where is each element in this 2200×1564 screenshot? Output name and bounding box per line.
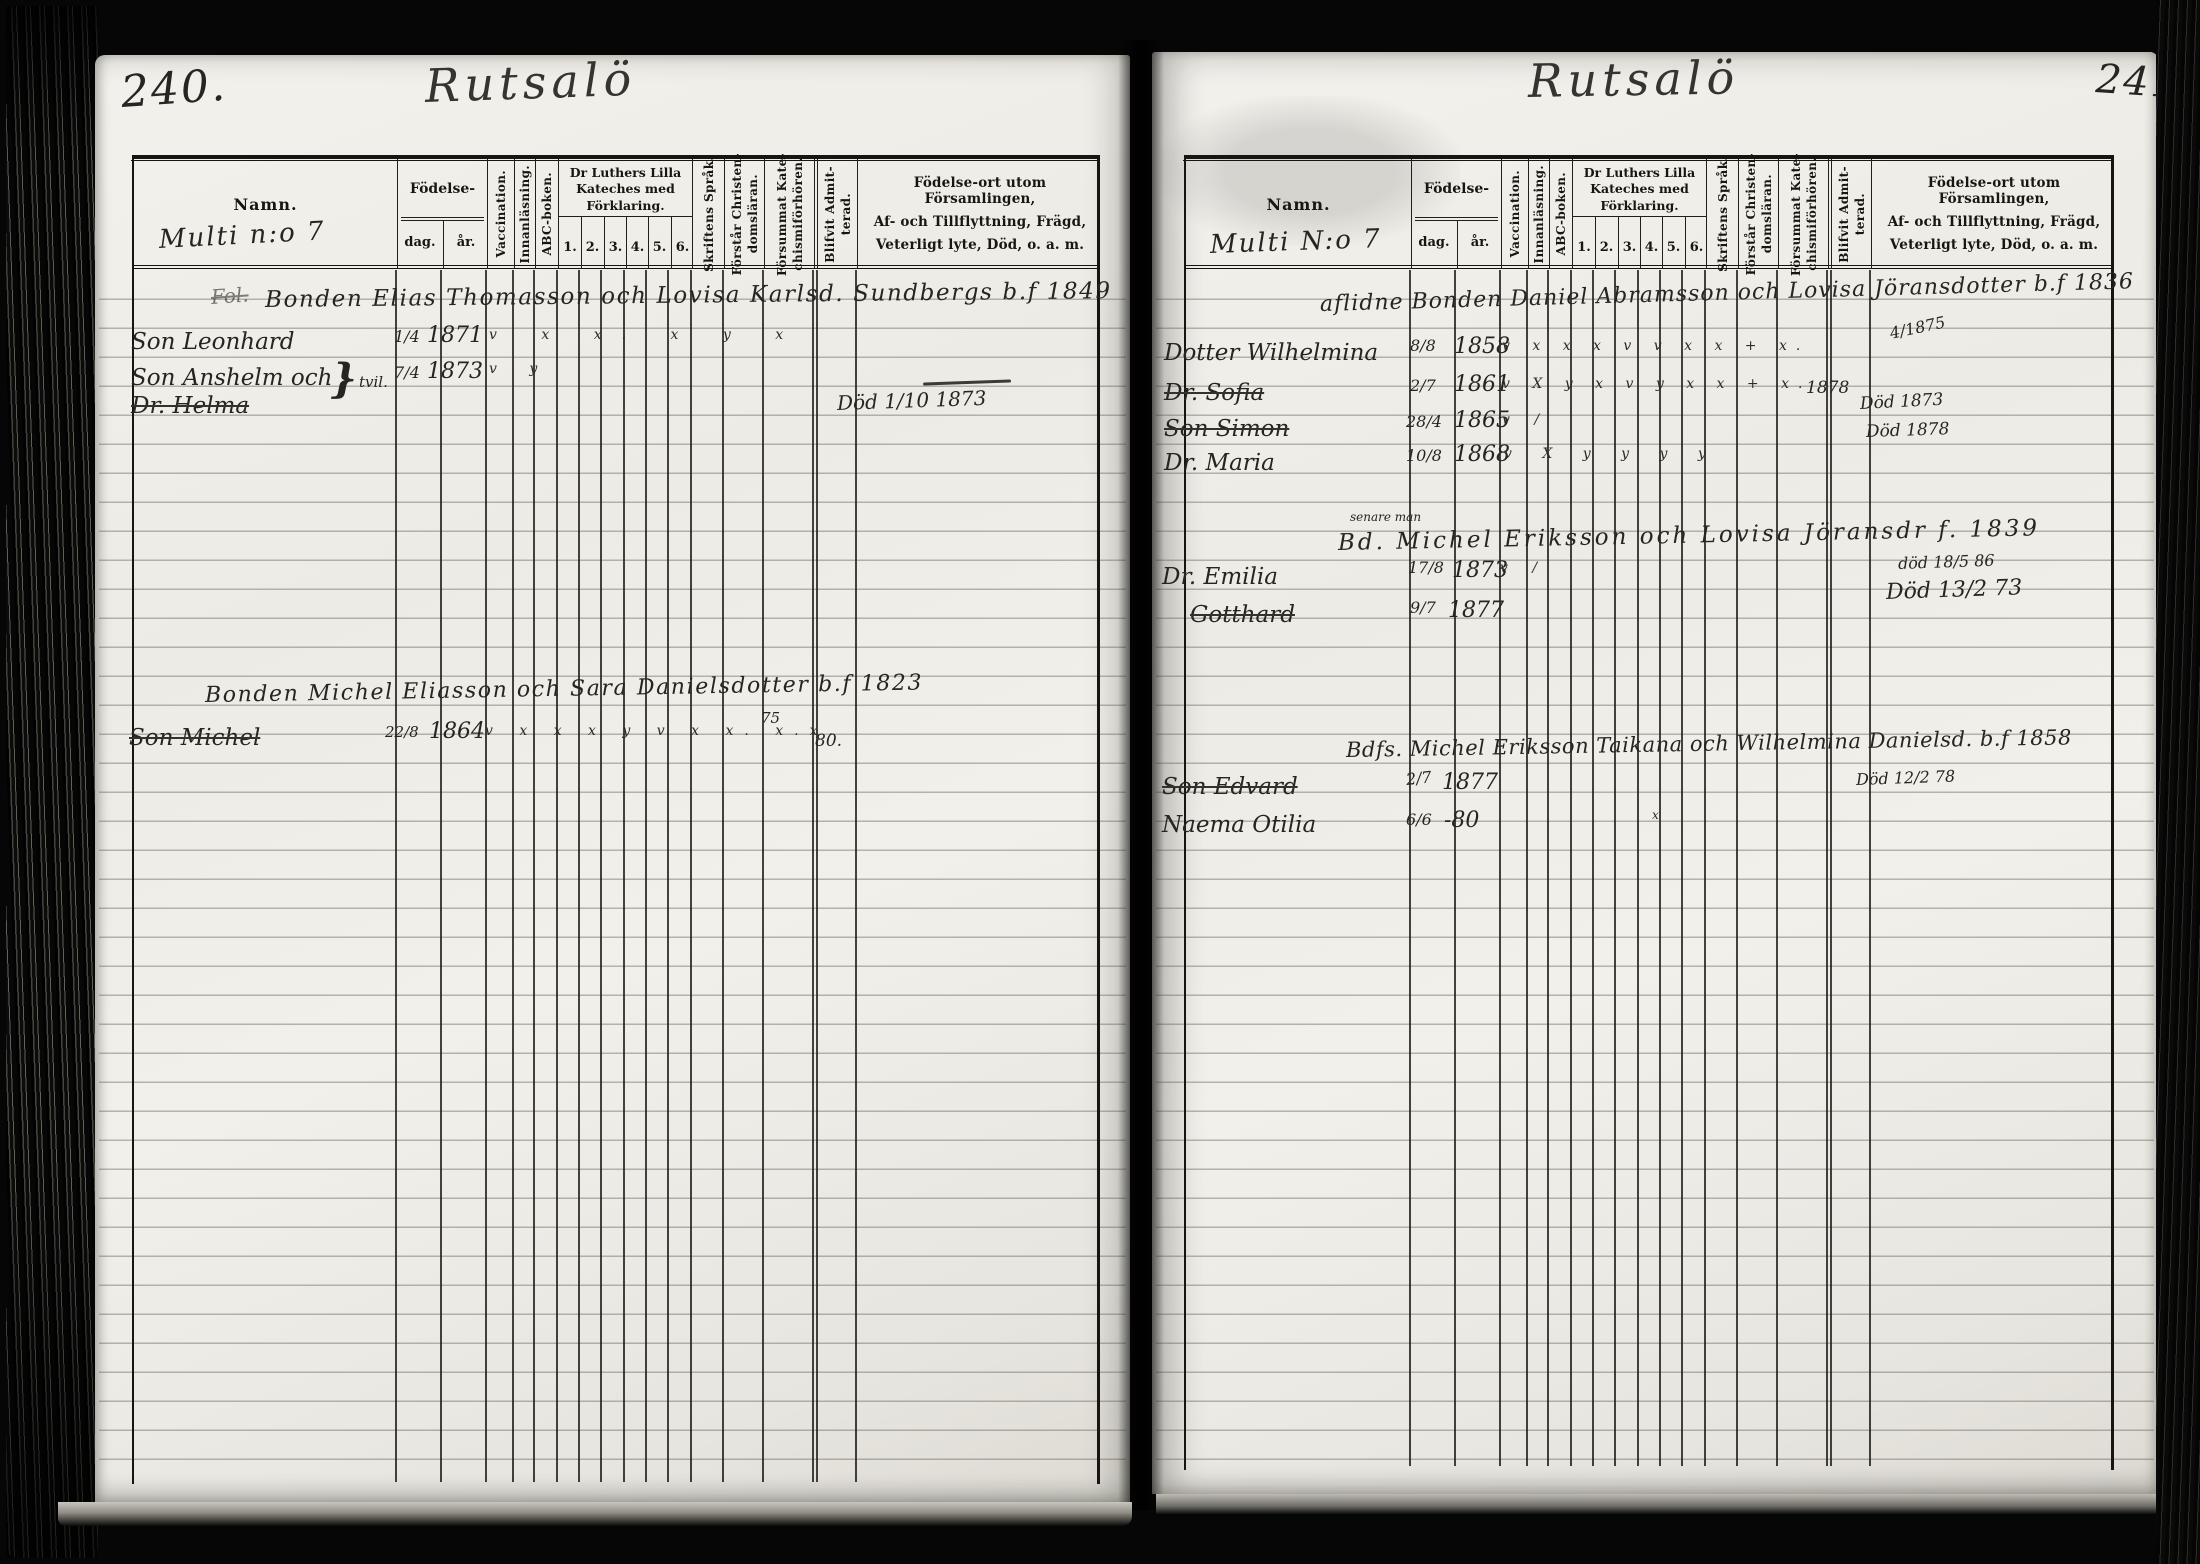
entry-marks: v x x x v v x x + x.	[1502, 338, 1809, 354]
entry-name: Dr. Emilia	[1162, 564, 1278, 590]
katekes-line3: Förklaring.	[1573, 198, 1706, 214]
left-page-title: Rutsalö	[424, 52, 637, 113]
right-page-title: Rutsalö	[1528, 50, 1740, 108]
entry-day: 7/4	[394, 363, 420, 382]
fodelse-header: Födelse-	[1412, 181, 1501, 197]
forstar-header-line2: domsläran.	[746, 174, 760, 253]
dag-header: dag.	[398, 235, 442, 250]
fodelseort-line1: Födelse-ort utom Församlingen,	[864, 175, 1096, 207]
entry-year: 1873	[427, 359, 483, 384]
col-innanlasning: Innanläsning.	[1528, 159, 1549, 269]
col-forsummat: Försummat Kate- chismiförhören.	[764, 159, 814, 269]
family-small-note: senare man	[1350, 510, 1421, 524]
entry-day: 17/8	[1408, 558, 1444, 577]
col-blifvit: Blifvit Admit- terad.	[814, 159, 857, 269]
fodelseort-line2: Af- och Tillflyttning, Frägd,	[864, 214, 1096, 230]
col-blifvit: Blifvit Admit- terad.	[1828, 159, 1871, 269]
col-katekes: Dr Luthers Lilla Kateches med Förklaring…	[1572, 159, 1706, 269]
death-note: död 18/5 86	[1898, 551, 1995, 573]
katekes-col-6: 6.	[1685, 216, 1707, 269]
entry-day: 22/8	[385, 723, 419, 741]
katekes-col-3: 3.	[1618, 216, 1640, 269]
book-gutter	[1118, 40, 1164, 1510]
forstar-header-line2: domsläran.	[1760, 174, 1774, 253]
katekes-line2: Kateches med	[559, 181, 692, 197]
col-skriftens-sprak: Skriftens Språk.	[692, 159, 724, 269]
col-innanlasning: Innanläsning.	[514, 159, 535, 269]
book-page-stack-shade	[6, 6, 98, 1558]
table-header: Namn. Födelse- dag. år. Vaccination. Inn…	[134, 159, 1097, 269]
ar-header: år.	[1458, 235, 1502, 250]
entry-name: Dotter Wilhelmina	[1164, 340, 1378, 366]
vaccination-header: Vaccination.	[1508, 170, 1522, 257]
dag-header: dag.	[1412, 235, 1456, 250]
entry-year: 1871	[427, 323, 483, 348]
forsummat-header-line1: Försummat Kate-	[1789, 153, 1803, 276]
ar-header: år.	[444, 235, 488, 250]
fodelseort-line1: Födelse-ort utom Församlingen,	[1878, 175, 2110, 207]
entry-marks: v /	[1500, 560, 1547, 576]
death-note: Död 1878	[1866, 419, 1950, 442]
fodelseort-line3: Veterligt lyte, Död, o. a. m.	[864, 237, 1096, 253]
right-page: Rutsalö 241 Namn. Födelse-	[1152, 52, 2158, 1494]
entry-day: 2/7	[1410, 376, 1436, 395]
entry-day: 28/4	[1406, 412, 1442, 431]
col-skriftens-sprak: Skriftens Språk.	[1706, 159, 1738, 269]
forstar-header-line1: Förstår Christen-	[1744, 153, 1758, 275]
col-fodelse: Födelse- dag. år.	[397, 159, 487, 269]
col-vaccination: Vaccination.	[487, 159, 514, 269]
forstar-header-line1: Förstår Christen-	[730, 153, 744, 275]
entry-name: Naema Otilia	[1162, 812, 1316, 838]
blifvit-header-line2: terad.	[839, 193, 853, 235]
entry-day: 2/7	[1405, 767, 1433, 789]
katekes-col-1: 1.	[559, 216, 581, 269]
death-note: Död 12/2 78	[1856, 767, 1956, 789]
katekes-col-4: 4.	[1640, 216, 1662, 269]
entry-marks: v y	[489, 361, 551, 377]
col-forstar: Förstår Christen- domsläran.	[1738, 159, 1778, 269]
katekes-col-1: 1.	[1573, 216, 1595, 269]
col-fodelse: Födelse- dag. år.	[1411, 159, 1501, 269]
blifvit-header-line1: Blifvit Admit-	[823, 166, 837, 263]
page-stack-bottom-right	[1156, 1494, 2156, 1514]
katekes-col-6: 6.	[671, 216, 693, 269]
entry-marks: v X y y y y	[1504, 446, 1719, 462]
katekes-col-3: 3.	[604, 216, 626, 269]
left-page-number: 240.	[119, 60, 228, 118]
entry-name: Son Simon	[1164, 416, 1289, 442]
katekes-col-2: 2.	[1595, 216, 1617, 269]
abc-boken-header: ABC-boken.	[1554, 172, 1568, 255]
page-stack-bottom-left	[58, 1502, 1132, 1526]
family-prefix-scribble: Fol.	[210, 282, 249, 309]
admitted-year: 1878	[1806, 378, 1849, 398]
katekes-header: Dr Luthers Lilla Kateches med Förklaring…	[1573, 165, 1706, 214]
group-note: tvil.	[359, 373, 388, 391]
entry-name: Dr. Helma	[131, 393, 249, 419]
skriftens-sprak-header: Skriftens Språk.	[1716, 156, 1730, 272]
col-fodelseort: Födelse-ort utom Församlingen, Af- och T…	[1871, 159, 2116, 269]
entry-marks: v x x x y v x x. x.x.	[485, 723, 844, 739]
katekes-col-4: 4.	[626, 216, 648, 269]
innanlasning-header: Innanläsning.	[518, 165, 532, 263]
katekes-line1: Dr Luthers Lilla	[1573, 165, 1706, 181]
entry-marks: v X y x v y x x + x.	[1502, 376, 1811, 392]
entry-name: Son Edvard	[1162, 774, 1298, 800]
col-forsummat: Försummat Kate- chismiförhören.	[1778, 159, 1828, 269]
col-fodelseort: Födelse-ort utom Församlingen, Af- och T…	[857, 159, 1102, 269]
katekes-line2: Kateches med	[1573, 181, 1706, 197]
col-abc-boken: ABC-boken.	[1549, 159, 1572, 269]
group-brace: }	[331, 355, 357, 402]
forsummat-header-line2: chismiförhören.	[791, 157, 805, 271]
forsummat-header-line2: chismiförhören.	[1805, 157, 1819, 271]
entry-marks: v /	[1502, 412, 1549, 428]
entry-year: 1877	[1442, 770, 1498, 795]
scanned-parish-register: 240. Rutsalö Namn. Födelse-	[0, 0, 2200, 1564]
entry-year: -80	[1444, 808, 1479, 833]
entry-name: Dr. Sofia	[1164, 380, 1264, 406]
fodelse-header: Födelse-	[398, 181, 487, 197]
entry-marks: x	[1652, 808, 1659, 822]
entry-day: 9/7	[1410, 598, 1436, 617]
entry-day: 8/8	[1410, 336, 1436, 355]
entry-day: 10/8	[1406, 446, 1442, 465]
katekes-col-5: 5.	[1662, 216, 1684, 269]
innanlasning-header: Innanläsning.	[1532, 165, 1546, 263]
entry-year: 1864	[429, 719, 485, 744]
katekes-col-2: 2.	[581, 216, 603, 269]
entry-name: Son Leonhard	[131, 329, 295, 355]
namn-header: Namn.	[134, 195, 397, 214]
vaccination-header: Vaccination.	[494, 170, 508, 257]
namn-header: Namn.	[1186, 195, 1411, 214]
skriftens-sprak-header: Skriftens Språk.	[702, 156, 716, 272]
blifvit-header-line1: Blifvit Admit-	[1837, 166, 1851, 263]
fodelseort-line2: Af- och Tillflyttning, Frägd,	[1878, 214, 2110, 230]
col-abc-boken: ABC-boken.	[535, 159, 558, 269]
col-vaccination: Vaccination.	[1501, 159, 1528, 269]
right-section-label: Multi N:o 7	[1209, 224, 1382, 260]
death-note: Död 13/2 73	[1886, 575, 2023, 605]
left-page: 240. Rutsalö Namn. Födelse-	[95, 55, 1130, 1502]
entry-year: 1877	[1448, 598, 1504, 623]
katekes-col-5: 5.	[648, 216, 670, 269]
col-katekes: Dr Luthers Lilla Kateches med Förklaring…	[558, 159, 692, 269]
entry-name: Son Anshelm och	[131, 365, 332, 391]
col-forstar: Förstår Christen- domsläran.	[724, 159, 764, 269]
entry-name: Gotthard	[1190, 602, 1295, 628]
abc-boken-header: ABC-boken.	[540, 172, 554, 255]
entry-name: Son Michel	[129, 725, 260, 751]
entry-name: Dr. Maria	[1164, 450, 1275, 476]
katekes-header: Dr Luthers Lilla Kateches med Förklaring…	[559, 165, 692, 214]
entry-marks: v x x. x y x	[489, 327, 803, 343]
book-page-stack-right	[2156, 0, 2200, 1564]
forsummat-header-line1: Försummat Kate-	[775, 153, 789, 276]
entry-year: 1868	[1454, 442, 1510, 467]
katekes-line3: Förklaring.	[559, 198, 692, 214]
fodelseort-line3: Veterligt lyte, Död, o. a. m.	[1878, 237, 2110, 253]
katekes-line1: Dr Luthers Lilla	[559, 165, 692, 181]
entry-day: 6/6	[1406, 810, 1432, 829]
blifvit-header-line2: terad.	[1853, 193, 1867, 235]
entry-day: 1/4	[394, 327, 420, 346]
